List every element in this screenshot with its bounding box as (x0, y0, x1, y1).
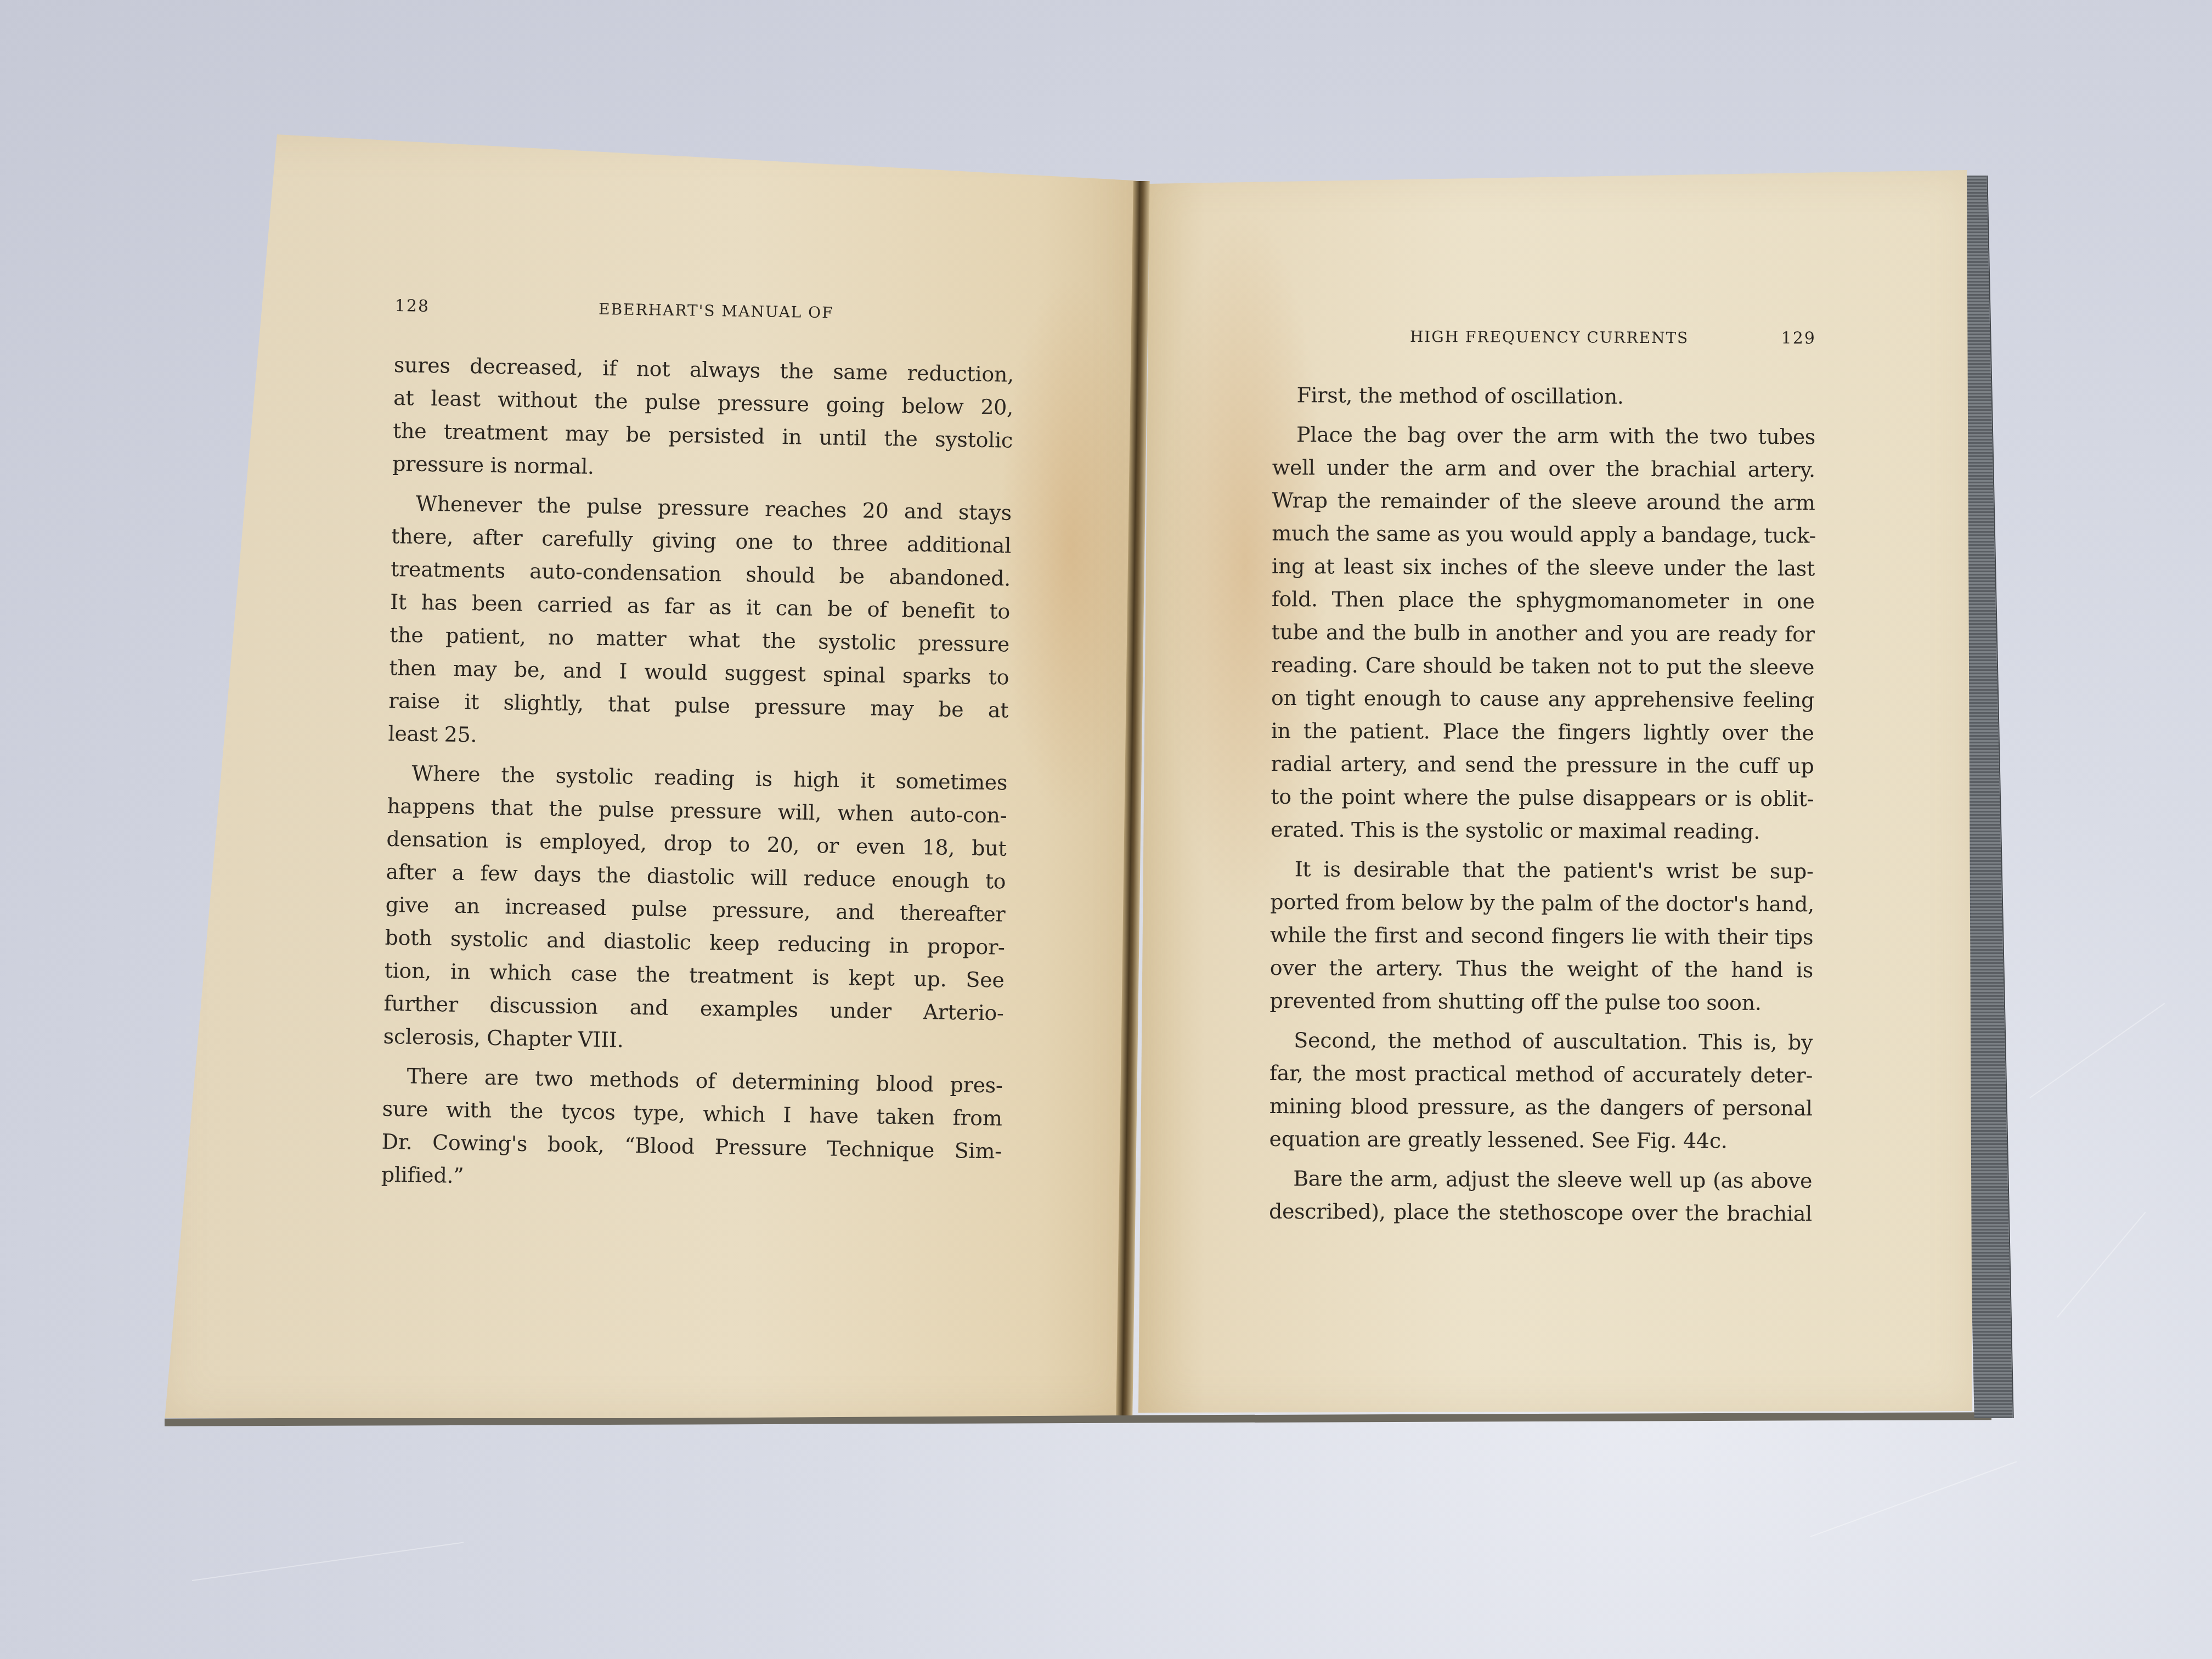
page-number: 128 (394, 296, 430, 316)
paragraph: Place the bag over the arm with the two … (1271, 418, 1815, 848)
page-number: 129 (1781, 329, 1816, 348)
right-running-head: HIGH FREQUENCY CURRENTS 129 (1273, 326, 1816, 348)
text-line: ported from below by the palm of the doc… (1270, 885, 1813, 921)
text-line: much the same as you would apply a banda… (1272, 517, 1815, 552)
text-line: Wrap the remainder of the sleeve around … (1272, 484, 1815, 519)
running-head-title: HIGH FREQUENCY CURRENTS (1410, 328, 1689, 347)
paragraph: Where the systolic reading is high it so… (383, 757, 1007, 1063)
text-line: equation are greatly lessened. See Fig. … (1269, 1122, 1812, 1158)
text-line: ing at least six inches of the sleeve un… (1272, 550, 1815, 585)
text-line: erated. This is the systolic or maximal … (1271, 813, 1814, 848)
paragraph: Bare the arm, adjust the sleeve well up … (1269, 1162, 1813, 1230)
text-line: while the first and second fingers lie w… (1270, 918, 1813, 953)
text-line: to the point where the pulse disappears … (1271, 780, 1814, 815)
right-page-text: HIGH FREQUENCY CURRENTS 129 First, the m… (1269, 326, 1816, 1237)
paragraph: Whenever the pulse pressure reaches 20 a… (388, 487, 1012, 760)
text-line: tube and the bulb in another and you are… (1271, 616, 1814, 651)
foxing-stain (998, 274, 1141, 823)
text-line: described), place the stethoscope over t… (1269, 1195, 1812, 1230)
text-line: It is desirable that the patient's wrist… (1271, 853, 1814, 888)
text-line: prevented from shutting off the pulse to… (1270, 984, 1813, 1019)
text-line: fold. Then place the sphygmomanometer in… (1272, 583, 1815, 618)
text-line: Bare the arm, adjust the sleeve well up … (1269, 1162, 1812, 1197)
text-line: mining blood pressure, as the dangers of… (1269, 1090, 1813, 1125)
text-line: well under the arm and over the brachial… (1272, 451, 1815, 486)
running-head-title: EBERHART'S MANUAL OF (599, 300, 834, 322)
text-line: over the artery. Thus the weight of the … (1270, 951, 1813, 986)
text-line: Place the bag over the arm with the two … (1272, 418, 1815, 453)
text-line: in the patient. Place the fingers lightl… (1271, 714, 1814, 749)
left-paragraphs: sures decreased, if not always the same … (381, 348, 1014, 1201)
text-line: radial artery, and send the pressure in … (1271, 747, 1814, 782)
text-line: on tight enough to cause any apprehensiv… (1271, 681, 1814, 716)
paragraph: It is desirable that the patient's wrist… (1270, 853, 1814, 1019)
paragraph: sures decreased, if not always the same … (392, 348, 1014, 490)
text-line: Second, the method of auscultation. This… (1269, 1024, 1813, 1059)
text-line: First, the method of oscillation. (1272, 379, 1815, 414)
text-line: reading. Care should be taken not to put… (1271, 648, 1814, 684)
open-book: 128 EBERHART'S MANUAL OF sures decreased… (0, 0, 2212, 1659)
text-line: far, the most practical method of accura… (1269, 1057, 1813, 1092)
paragraph: There are two methods of determining blo… (381, 1059, 1003, 1201)
paragraph: Second, the method of auscultation. This… (1269, 1024, 1813, 1158)
left-page-text: 128 EBERHART'S MANUAL OF sures decreased… (381, 296, 1015, 1207)
right-paragraphs: First, the method of oscillation.Place t… (1269, 379, 1816, 1230)
paragraph: First, the method of oscillation. (1272, 379, 1815, 414)
